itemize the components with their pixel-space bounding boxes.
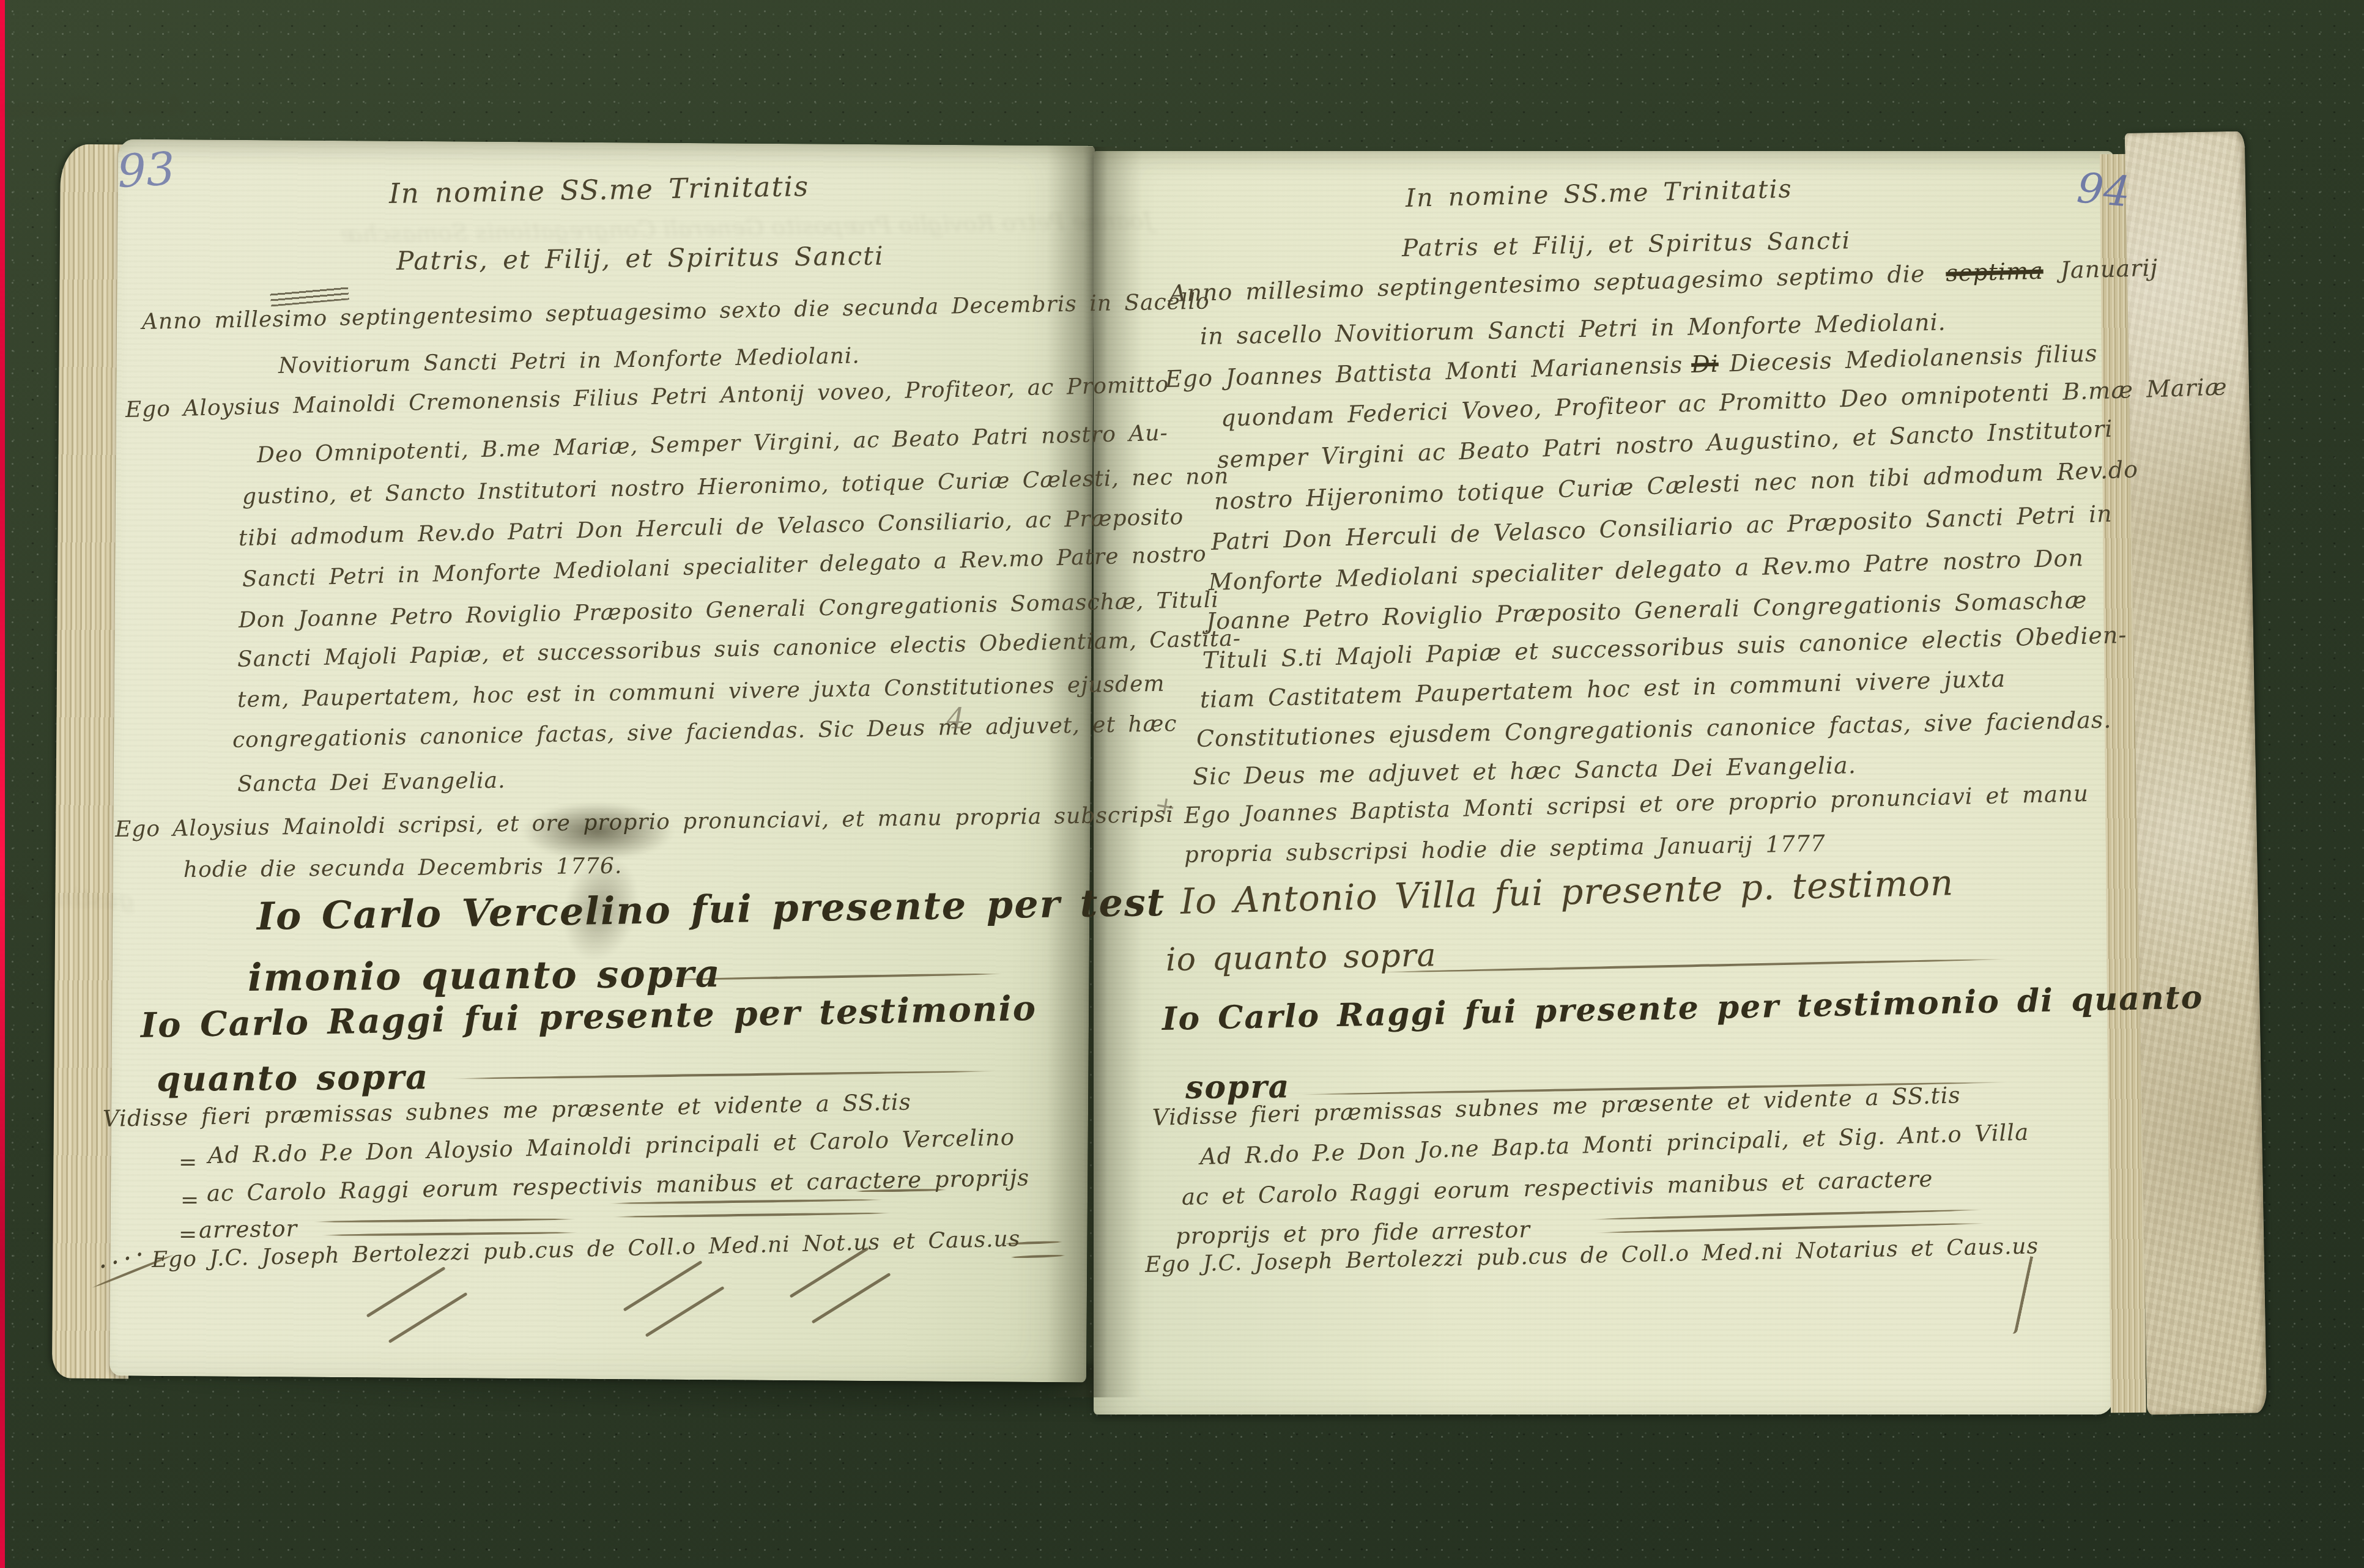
- margin-pencil-mark: 4: [947, 702, 965, 735]
- witness-signature-line: imonio quanto sopra: [248, 951, 721, 1000]
- page-number-right: 94: [2075, 164, 2132, 216]
- page-number-left: 93: [116, 142, 177, 198]
- margin-dash: =: [179, 1222, 197, 1247]
- struck-word: septima: [1946, 257, 2044, 287]
- scan-edge-red-strip: [0, 0, 5, 1568]
- attestation-line: arrestor: [199, 1215, 298, 1243]
- manuscript-photo-stage: Anno millesimo septingentesimo septuages…: [0, 0, 2364, 1568]
- subscription-line: hodie die secunda Decembris 1776.: [183, 854, 623, 882]
- binding-parchment-strip: [2125, 131, 2267, 1415]
- vow-line: Sancta Dei Evangelia.: [237, 768, 506, 797]
- ink-blot: [521, 802, 674, 860]
- date-text: Januarij: [2060, 254, 2158, 284]
- margin-dash: =: [180, 1188, 199, 1213]
- witness-signature-line: quanto sopra: [157, 1057, 429, 1100]
- struck-word: Di: [1691, 350, 1719, 378]
- book-gutter-shadow: [1047, 147, 1142, 1397]
- margin-dash: =: [179, 1150, 197, 1175]
- witness-signature-line: io quanto sopra: [1165, 937, 1437, 978]
- bleedthrough-text: Anno millesimo septingentesimo septuages…: [0, 92, 183, 136]
- page-heading-line: Patris, et Filij, et Spiritus Sancti: [396, 241, 884, 276]
